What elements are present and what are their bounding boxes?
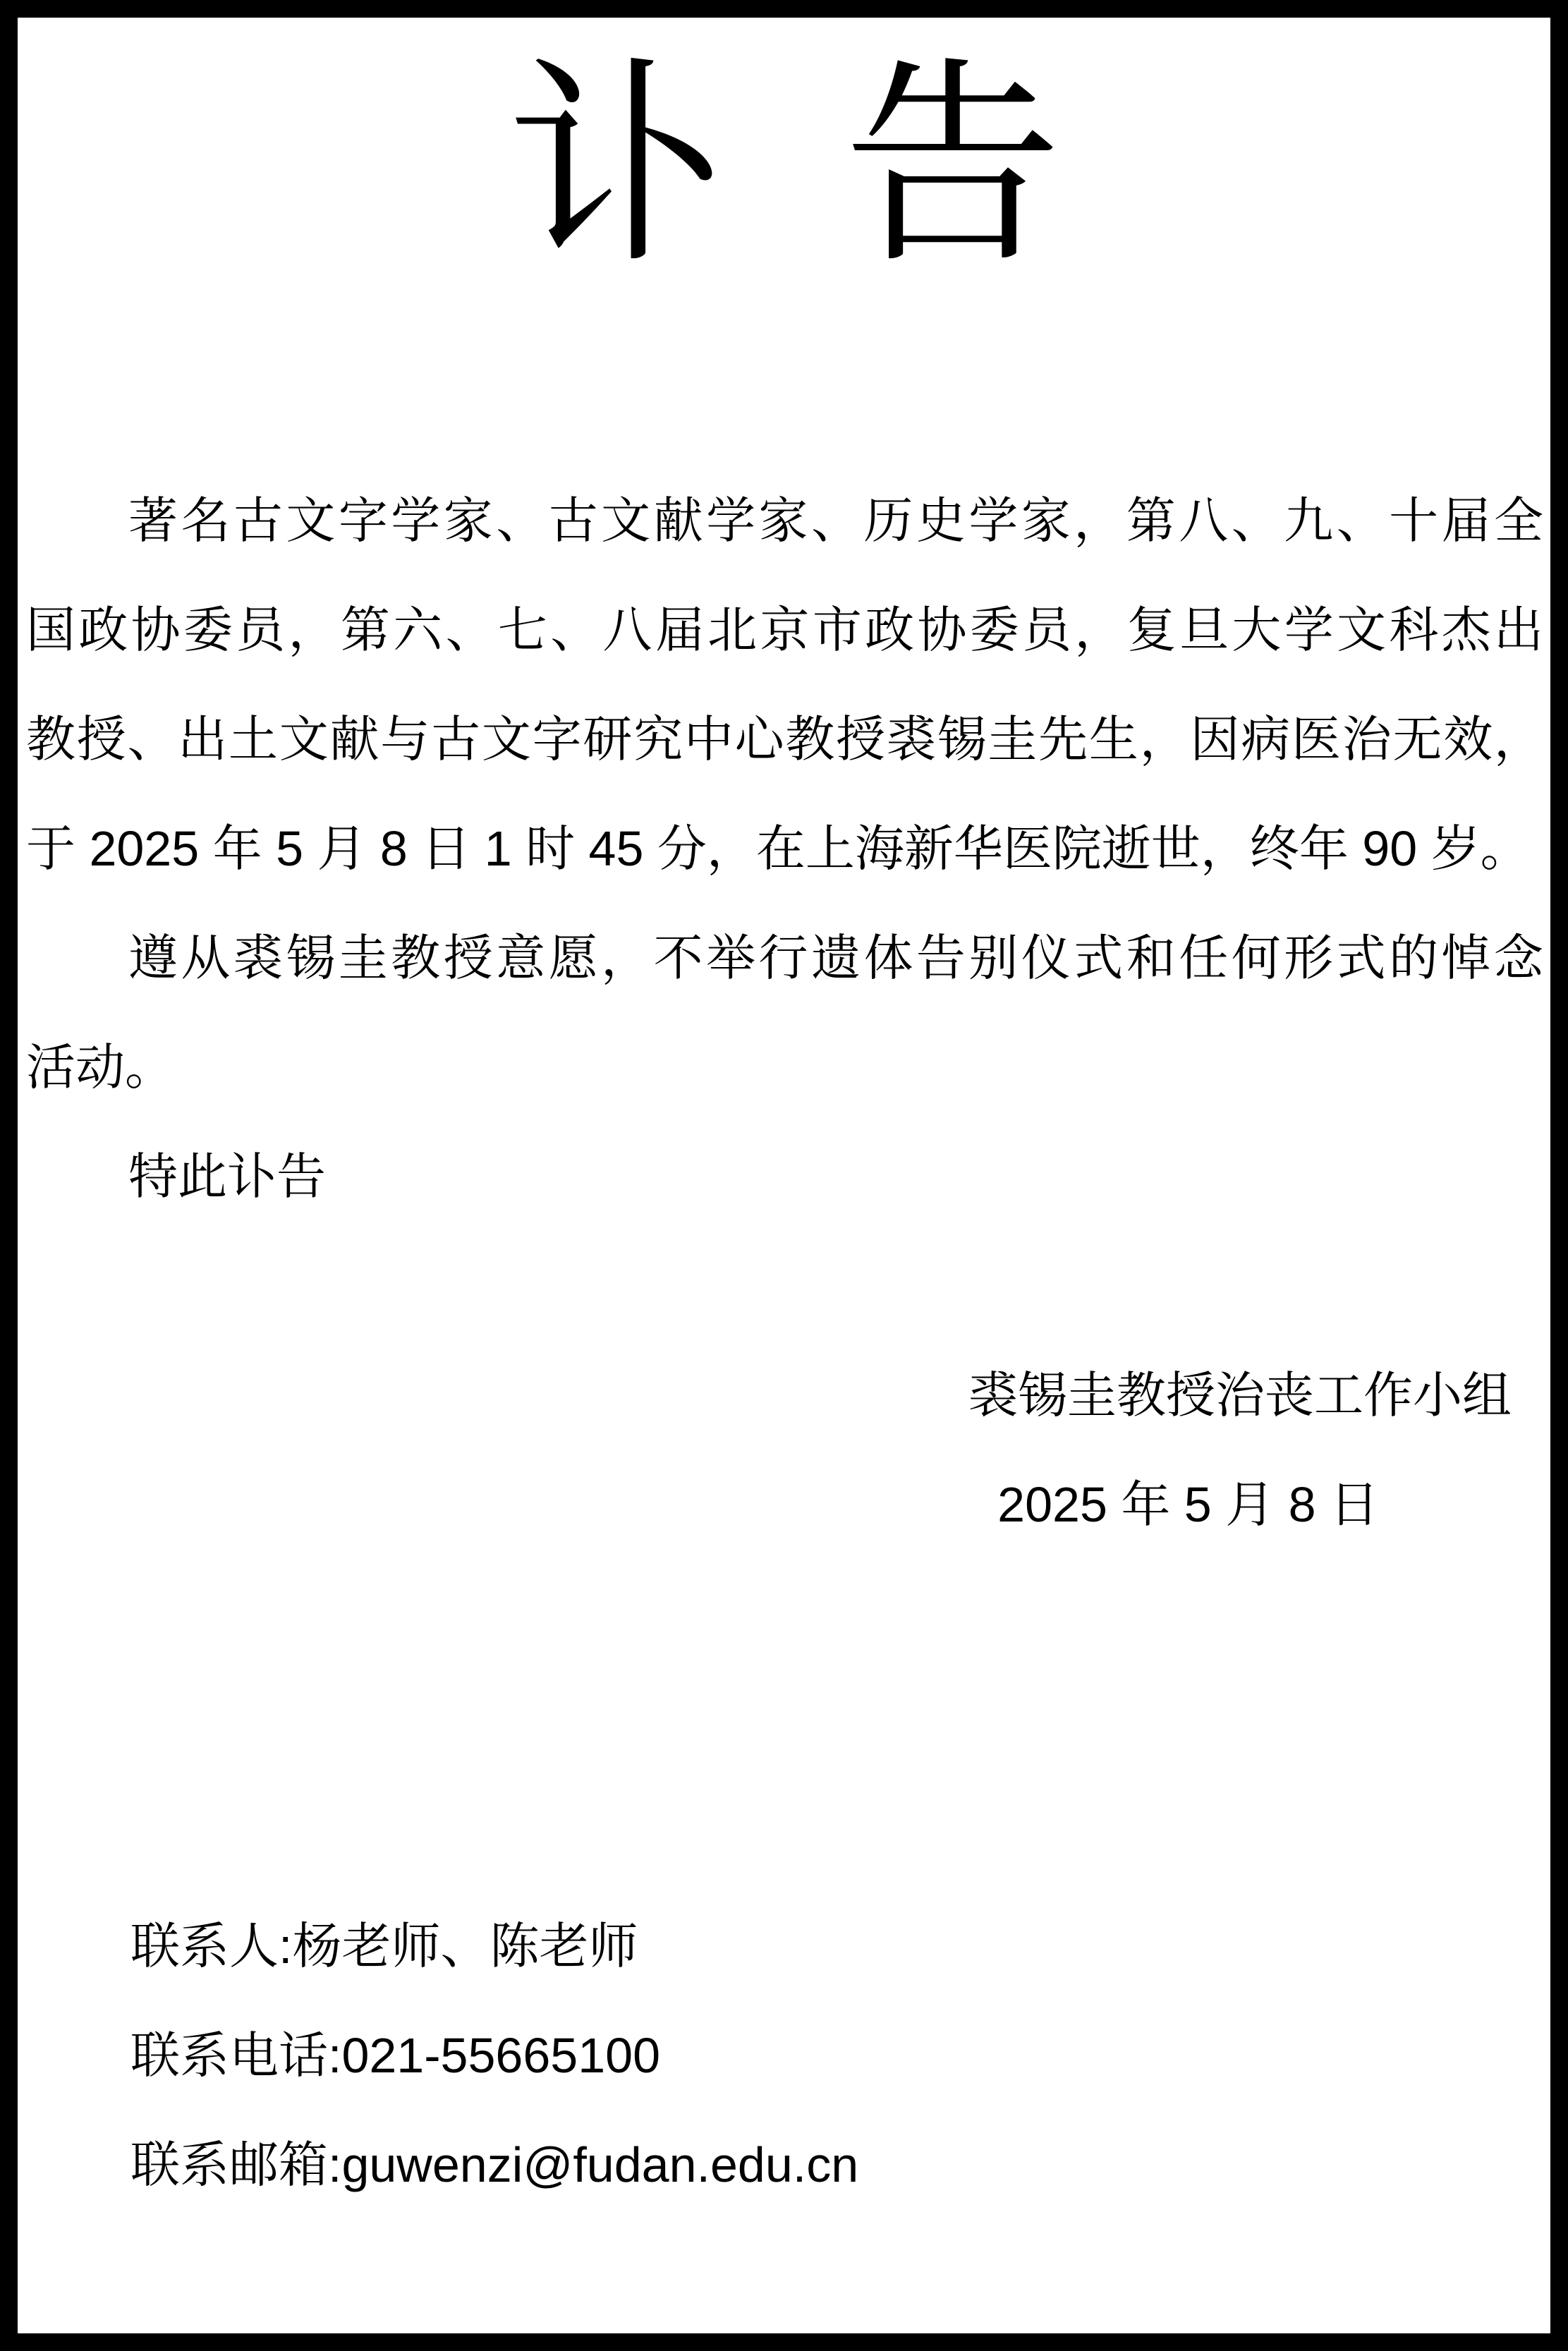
signature-line: 裘锡圭教授治丧工作小组 [26,1341,1543,1450]
obituary-sheet: 讣 告 著名古文字学家、古文献学家、历史学家，第八、九、十届全 国政协委员，第六… [18,18,1550,2333]
closing-line: 特此讣告 [26,1122,1543,1232]
contact-person-line: 联系人:杨老师、陈老师 [26,1892,1543,2001]
notice-line: 遵从裘锡圭教授意愿，不举行遗体告别仪式和任何形式的悼念 [26,904,1543,1013]
contact-phone-line: 联系电话:021-55665100 [26,2001,1543,2110]
notice-title: 讣 告 [26,32,1543,300]
notice-line: 于 2025 年 5 月 8 日 1 时 45 分，在上海新华医院逝世，终年 9… [26,794,1543,904]
notice-line: 著名古文字学家、古文献学家、历史学家，第八、九、十届全 [26,466,1543,576]
signature-block: 裘锡圭教授治丧工作小组 2025 年 5 月 8 日 [26,1341,1543,1560]
obituary-page: 讣 告 著名古文字学家、古文献学家、历史学家，第八、九、十届全 国政协委员，第六… [0,0,1568,2351]
contact-email-line: 联系邮箱:guwenzi@fudan.edu.cn [26,2110,1543,2220]
notice-line: 国政协委员，第六、七、八届北京市政协委员，复旦大学文科杰出 [26,576,1543,685]
notice-body: 著名古文字学家、古文献学家、历史学家，第八、九、十届全 国政协委员，第六、七、八… [26,466,1543,1232]
notice-line: 教授、出土文献与古文字研究中心教授裘锡圭先生，因病医治无效， [26,685,1543,794]
contact-block: 联系人:杨老师、陈老师 联系电话:021-55665100 联系邮箱:guwen… [26,1892,1543,2220]
notice-line: 活动。 [26,1013,1543,1122]
date-line: 2025 年 5 月 8 日 [26,1450,1543,1560]
